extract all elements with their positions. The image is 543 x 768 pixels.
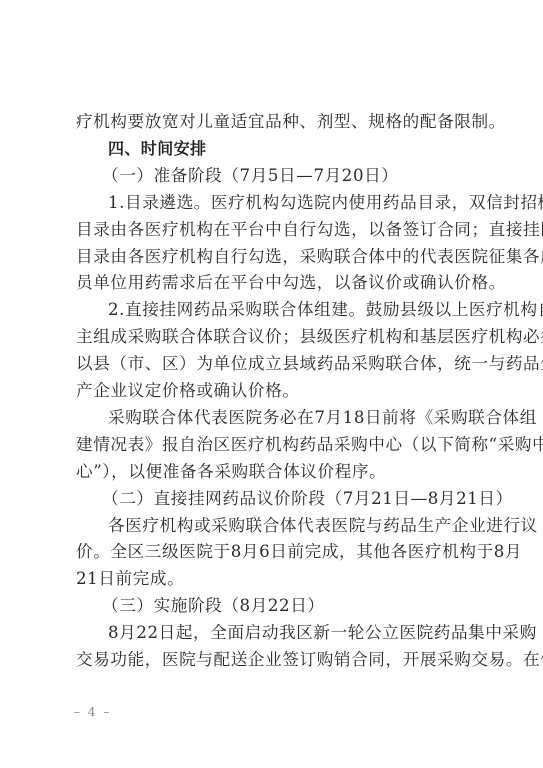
text-line: 采购联合体代表医院务必在7月18日前将《采购联合体组 <box>108 407 480 429</box>
section-heading: 四、时间安排 <box>108 138 480 160</box>
subsection-heading: （三）实施阶段（8月22日） <box>102 595 480 617</box>
text-line: 建情况表》报自治区医疗机构药品采购中心（以下简称“采购中 <box>76 434 480 456</box>
text-line: 心”），以便准备各采购联合体议价程序。 <box>76 461 480 483</box>
text-line: 以县（市、区）为单位成立县域药品采购联合体，统一与药品生 <box>76 353 480 375</box>
text-line: 目录由各医疗机构在平台中自行勾选，以备签订合同；直接挂网 <box>76 219 480 241</box>
text-line: 疗机构要放宽对儿童适宜品种、剂型、规格的配备限制。 <box>76 111 480 133</box>
text-line: 价。全区三级医院于8月6日前完成，其他各医疗机构于8月 <box>76 541 480 563</box>
text-line: 21日前完成。 <box>76 568 480 590</box>
text-line: 产企业议定价格或确认价格。 <box>76 380 480 402</box>
text-line: 各医疗机构或采购联合体代表医院与药品生产企业进行议 <box>108 515 480 537</box>
text-line: 1.目录遴选。医疗机构勾选院内使用药品目录，双信封招标 <box>108 192 480 214</box>
text-line: 员单位用药需求后在平台中勾选，以备议价或确认价格。 <box>76 272 480 294</box>
document-page: 疗机构要放宽对儿童适宜品种、剂型、规格的配备限制。四、时间安排（一）准备阶段（7… <box>0 0 543 768</box>
subsection-heading: （二）直接挂网药品议价阶段（7月21日—8月21日） <box>102 488 480 510</box>
page-number: – 4 – <box>74 705 111 719</box>
text-line: 8月22日起，全面启动我区新一轮公立医院药品集中采购 <box>108 622 480 644</box>
subsection-heading: （一）准备阶段（7月5日—7月20日） <box>102 165 480 187</box>
text-line: 主组成采购联合体联合议价；县级医疗机构和基层医疗机构必须 <box>76 326 480 348</box>
text-line: 交易功能，医院与配送企业签订购销合同，开展采购交易。在保 <box>76 649 480 671</box>
text-line: 2.直接挂网药品采购联合体组建。鼓励县级以上医疗机构自 <box>108 299 480 321</box>
text-line: 目录由各医疗机构自行勾选，采购联合体中的代表医院征集各成 <box>76 246 480 268</box>
